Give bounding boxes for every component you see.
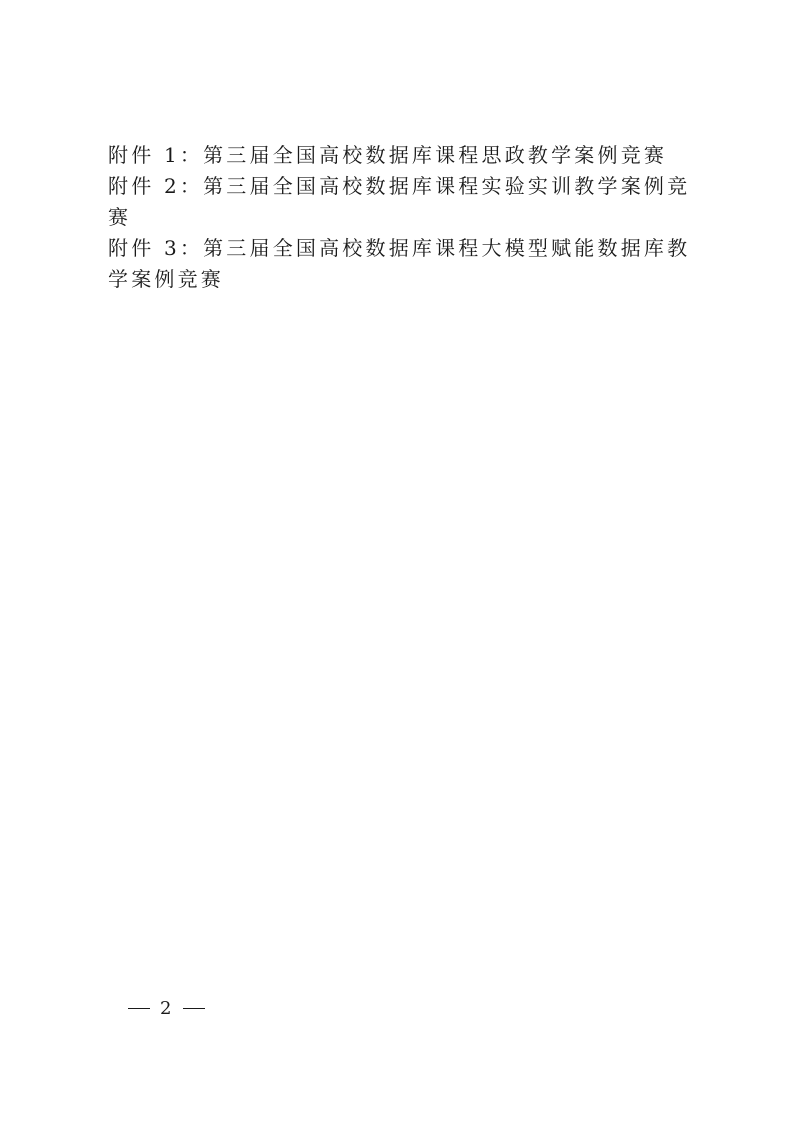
dash-right [183,1008,205,1009]
attachment-item-3: 附件 3：第三届全国高校数据库课程大模型赋能数据库教学案例竞赛 [108,233,708,295]
attachment-label: 附件 2： [108,174,203,198]
attachment-label: 附件 1： [108,143,203,167]
attachment-list: 附件 1：第三届全国高校数据库课程思政教学案例竞赛 附件 2：第三届全国高校数据… [108,140,708,295]
attachment-label: 附件 3： [108,236,203,260]
dash-left [128,1008,150,1009]
attachment-title: 第三届全国高校数据库课程思政教学案例竞赛 [203,143,667,167]
attachment-item-2: 附件 2：第三届全国高校数据库课程实验实训教学案例竞赛 [108,171,708,233]
page-number-footer: 2 [128,998,205,1019]
attachment-item-1: 附件 1：第三届全国高校数据库课程思政教学案例竞赛 [108,140,708,171]
page-number: 2 [160,998,173,1019]
